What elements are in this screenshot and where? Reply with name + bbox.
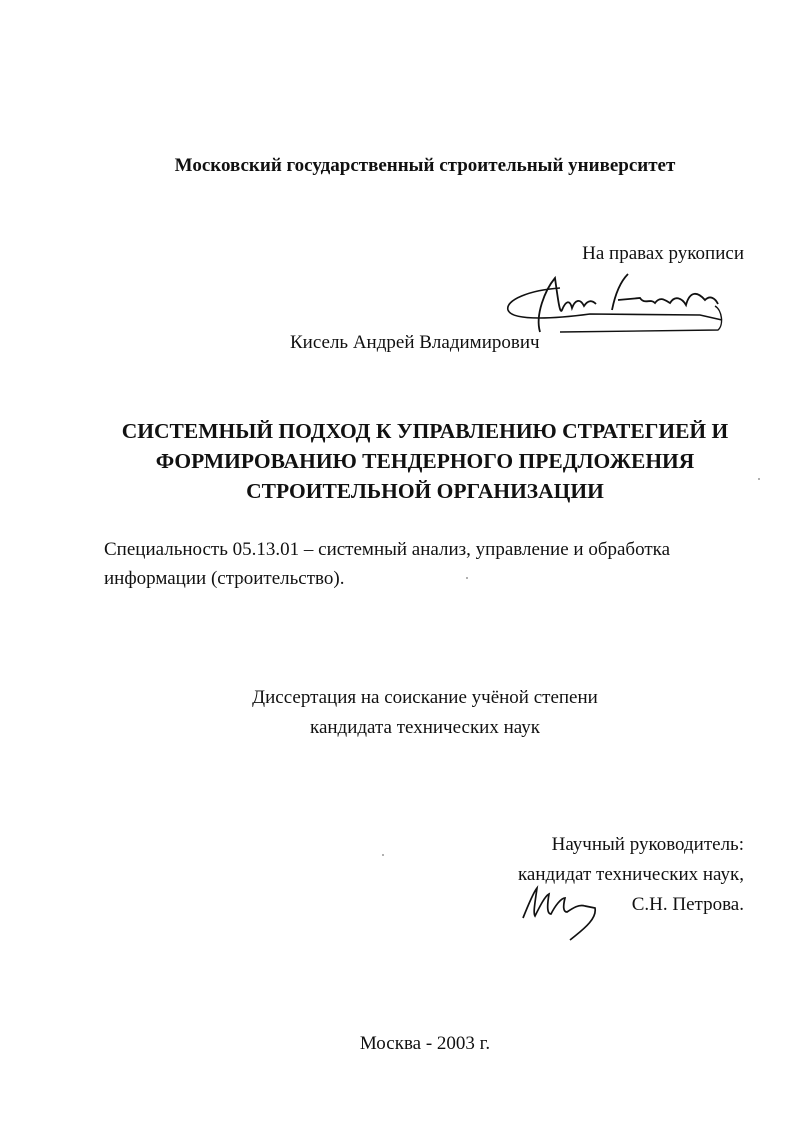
scan-speck	[466, 577, 468, 579]
specialty: Специальность 05.13.01 – системный анали…	[104, 535, 764, 593]
title-line: СТРОИТЕЛЬНОЙ ОРГАНИЗАЦИИ	[0, 476, 793, 506]
specialty-line: информации (строительство).	[104, 564, 764, 593]
title-line: СИСТЕМНЫЙ ПОДХОД К УПРАВЛЕНИЮ СТРАТЕГИЕЙ…	[0, 416, 793, 446]
dissertation-title: СИСТЕМНЫЙ ПОДХОД К УПРАВЛЕНИЮ СТРАТЕГИЕЙ…	[0, 416, 793, 506]
specialty-line: Специальность 05.13.01 – системный анали…	[104, 535, 764, 564]
city-year: Москва - 2003 г.	[0, 1033, 793, 1055]
university-name: Московский государственный строительный …	[0, 155, 793, 177]
scan-speck	[758, 478, 760, 480]
degree-line: Диссертация на соискание учёной степени	[0, 683, 793, 713]
scan-speck	[382, 854, 384, 856]
title-line: ФОРМИРОВАНИЮ ТЕНДЕРНОГО ПРЕДЛОЖЕНИЯ	[0, 446, 793, 476]
scan-speck	[242, 579, 244, 581]
degree-line: кандидата технических наук	[0, 713, 793, 743]
rights-note: На правах рукописи	[582, 243, 744, 265]
supervisor-label: Научный руководитель:	[518, 830, 744, 860]
supervisor-signature-icon	[515, 878, 615, 948]
degree-statement: Диссертация на соискание учёной степени …	[0, 683, 793, 743]
author-name: Кисель Андрей Владимирович	[290, 332, 540, 354]
